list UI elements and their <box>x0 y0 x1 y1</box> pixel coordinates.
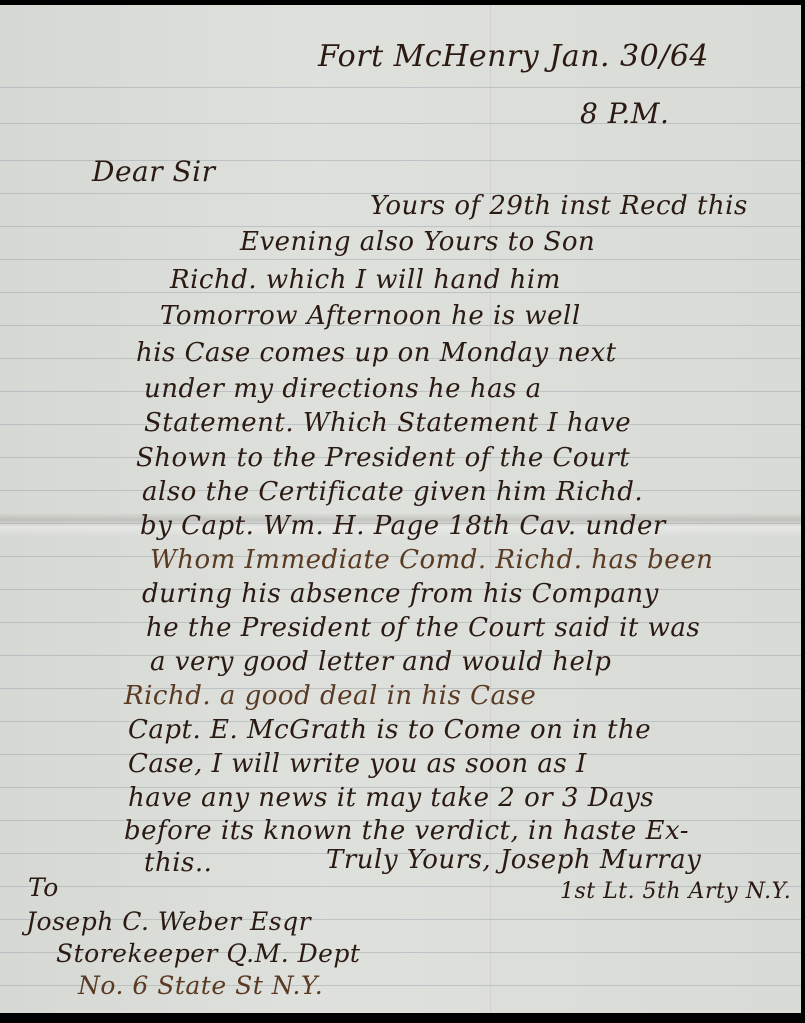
body-line: Shown to the President of the Court <box>136 440 630 476</box>
signature-rank: 1st Lt. 5th Arty N.Y. <box>560 879 791 904</box>
body-line: a very good letter and would help <box>150 644 611 680</box>
address-line: No. 6 State St N.Y. <box>78 971 323 1000</box>
body-line: Evening also Yours to Son <box>240 224 595 260</box>
body-line: Whom Immediate Comd. Richd. has been <box>150 542 713 578</box>
ruled-line <box>0 87 801 88</box>
salutation: Dear Sir <box>92 155 216 188</box>
body-line: under my directions he has a <box>144 371 542 407</box>
body-line: also the Certificate given him Richd. <box>142 474 643 510</box>
body-line: have any news it may take 2 or 3 Days <box>128 780 654 816</box>
body-line: by Capt. Wm. H. Page 18th Cav. under <box>140 508 666 544</box>
body-line: Yours of 29th inst Recd this <box>370 188 748 224</box>
body-line: Tomorrow Afternoon he is well <box>160 298 581 334</box>
body-line: Statement. Which Statement I have <box>144 405 631 441</box>
letter-paper: Fort McHenry Jan. 30/64 8 P.M. Dear Sir … <box>0 5 801 1013</box>
body-line: Capt. E. McGrath is to Come on in the <box>128 712 651 748</box>
body-line: during his absence from his Company <box>142 576 659 612</box>
address-line: Joseph C. Weber Esqr <box>26 907 311 936</box>
body-line: his Case comes up on Monday next <box>136 335 617 371</box>
body-line: before its known the verdict, in haste E… <box>124 813 689 849</box>
body-line: Richd. which I will hand him <box>170 262 561 298</box>
place-date: Fort McHenry Jan. 30/64 <box>318 39 709 74</box>
body-line: this.. <box>144 845 212 881</box>
body-line: he the President of the Court said it wa… <box>146 610 700 646</box>
time: 8 P.M. <box>580 97 669 130</box>
address-prefix: To <box>28 873 59 902</box>
ruled-line <box>0 123 801 124</box>
signature: Truly Yours, Joseph Murray <box>326 845 701 875</box>
body-line: Richd. a good deal in his Case <box>124 678 536 714</box>
address-line: Storekeeper Q.M. Dept <box>56 939 360 968</box>
body-line: Case, I will write you as soon as I <box>128 746 587 782</box>
